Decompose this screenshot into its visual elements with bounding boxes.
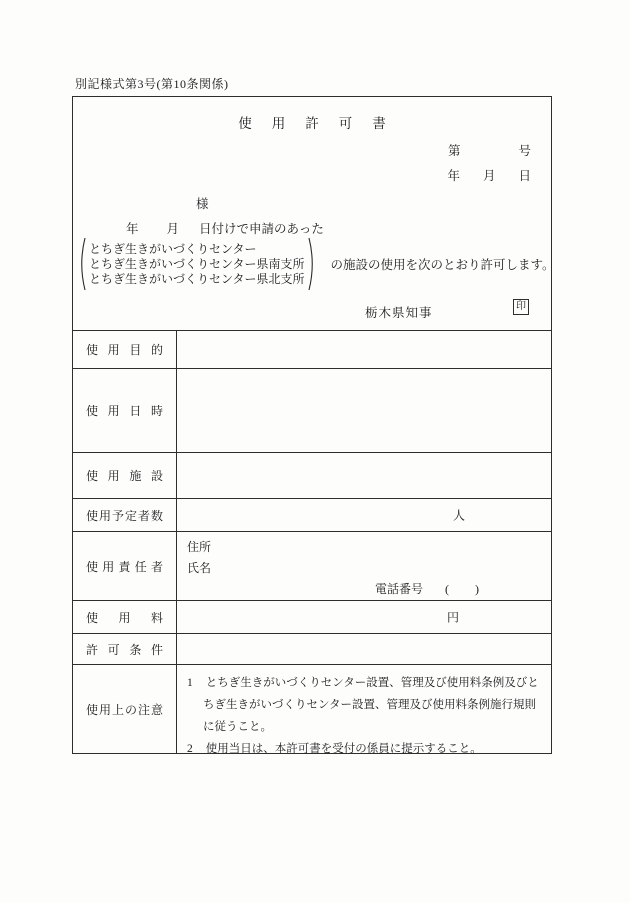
note-text: とちぎ生きがいづくりセンター設置、管理及び使用料条例及びとちぎ生きがいづくりセン… <box>203 677 539 733</box>
form-header: 使用許可書 第 号 年 月 日 様 年 月 日付けで申請のあった <box>73 97 551 331</box>
permission-text: の施設の使用を次のとおり許可します。 <box>331 255 555 273</box>
row-label-cell: 使用目的 <box>73 331 177 368</box>
row-label: 使用責任者 <box>86 558 163 575</box>
row-label-cell: 使用施設 <box>73 453 177 498</box>
date-year-label: 年 <box>447 166 460 184</box>
table-row-facility: 使用施設 <box>73 452 551 498</box>
addressee-suffix: 様 <box>196 194 209 212</box>
document-title: 使用許可書 <box>73 112 551 132</box>
seal-mark: 印 <box>513 299 529 315</box>
document-number-line: 第 号 <box>448 141 531 159</box>
datetime-value-cell <box>177 369 551 452</box>
row-label-cell: 使用料 <box>73 601 177 633</box>
facility-item: とちぎ生きがいづくりセンター <box>89 242 305 257</box>
row-label: 使用予定者数 <box>86 507 163 524</box>
usage-notes-cell: 1とちぎ生きがいづくりセンター設置、管理及び使用料条例及びとちぎ生きがいづくりセ… <box>177 665 551 753</box>
form-table: 使用目的 使用日時 使用施設 使用予定者数 <box>73 331 551 753</box>
conditions-value-cell <box>177 634 551 664</box>
fee-value-cell: 円 <box>177 601 551 633</box>
row-label: 使用日時 <box>86 402 163 419</box>
note-text: 使用当日は、本許可書を受付の係員に提示すること。 <box>206 743 482 755</box>
facility-item: とちぎ生きがいづくりセンター県北支所 <box>89 272 305 287</box>
application-rest-text: 日付けで申請のあった <box>199 219 324 237</box>
note-number: 2 <box>187 743 193 755</box>
table-row-fee: 使用料 円 <box>73 600 551 633</box>
table-row-conditions: 許可条件 <box>73 633 551 664</box>
note-item-2: 2使用当日は、本許可書を受付の係員に提示すること。 <box>187 738 543 760</box>
form-number-label: 別記様式第3号(第10条関係) <box>75 75 229 92</box>
purpose-value-cell <box>177 331 551 368</box>
headcount-unit: 人 <box>453 507 465 524</box>
table-row-usage-notes: 使用上の注意 1とちぎ生きがいづくりセンター設置、管理及び使用料条例及びとちぎ生… <box>73 664 551 753</box>
note-item-1: 1とちぎ生きがいづくりセンター設置、管理及び使用料条例及びとちぎ生きがいづくりセ… <box>187 672 543 738</box>
name-label: 氏名 <box>187 558 551 579</box>
table-row-purpose: 使用目的 <box>73 331 551 368</box>
facilities-block: とちぎ生きがいづくりセンター とちぎ生きがいづくりセンター県南支所 とちぎ生きが… <box>77 237 555 291</box>
phone-label: 電話番号 <box>375 579 423 600</box>
headcount-value-cell: 人 <box>177 499 551 531</box>
facility-item: とちぎ生きがいづくりセンター県南支所 <box>89 257 305 272</box>
phone-line: 電話番号 ( ) <box>187 579 551 600</box>
doc-number-prefix: 第 <box>448 141 461 159</box>
date-month-label: 月 <box>483 166 496 184</box>
row-label-cell: 使用予定者数 <box>73 499 177 531</box>
row-label-cell: 使用日時 <box>73 369 177 452</box>
facility-list: とちぎ生きがいづくりセンター とちぎ生きがいづくりセンター県南支所 とちぎ生きが… <box>89 242 305 287</box>
responsible-person-cell: 住所 氏名 電話番号 ( ) <box>177 532 551 600</box>
left-bracket-icon <box>77 237 86 291</box>
row-label: 使用目的 <box>86 341 163 358</box>
date-day-label: 日 <box>518 166 531 184</box>
table-row-responsible-person: 使用責任者 住所 氏名 電話番号 ( ) <box>73 531 551 600</box>
row-label: 使用料 <box>86 609 163 626</box>
seal-character: 印 <box>516 302 526 312</box>
fee-unit: 円 <box>447 609 459 626</box>
table-row-datetime: 使用日時 <box>73 368 551 452</box>
document-page: 別記様式第3号(第10条関係) 使用許可書 第 号 年 月 日 様 年 月 日付… <box>0 0 630 903</box>
row-label: 使用施設 <box>86 467 163 484</box>
row-label: 使用上の注意 <box>86 701 163 718</box>
row-label-cell: 許可条件 <box>73 634 177 664</box>
row-label: 許可条件 <box>86 641 163 658</box>
row-label-cell: 使用責任者 <box>73 532 177 600</box>
application-date-line: 年 月 日付けで申請のあった <box>126 219 324 237</box>
application-year-label: 年 <box>126 219 139 237</box>
row-label-cell: 使用上の注意 <box>73 665 177 753</box>
issuer-name: 栃木県知事 <box>365 303 433 321</box>
table-row-headcount: 使用予定者数 人 <box>73 498 551 531</box>
facility-value-cell <box>177 453 551 498</box>
form-border-box: 使用許可書 第 号 年 月 日 様 年 月 日付けで申請のあった <box>72 96 552 754</box>
application-month-label: 月 <box>167 219 180 237</box>
document-date-line: 年 月 日 <box>447 166 531 184</box>
issuer-line: 栃木県知事 印 <box>73 303 551 323</box>
right-bracket-icon <box>308 237 317 291</box>
doc-number-suffix: 号 <box>518 141 531 159</box>
phone-paren-close: ) <box>475 579 479 600</box>
address-label: 住所 <box>187 537 551 558</box>
note-number: 1 <box>187 677 193 689</box>
